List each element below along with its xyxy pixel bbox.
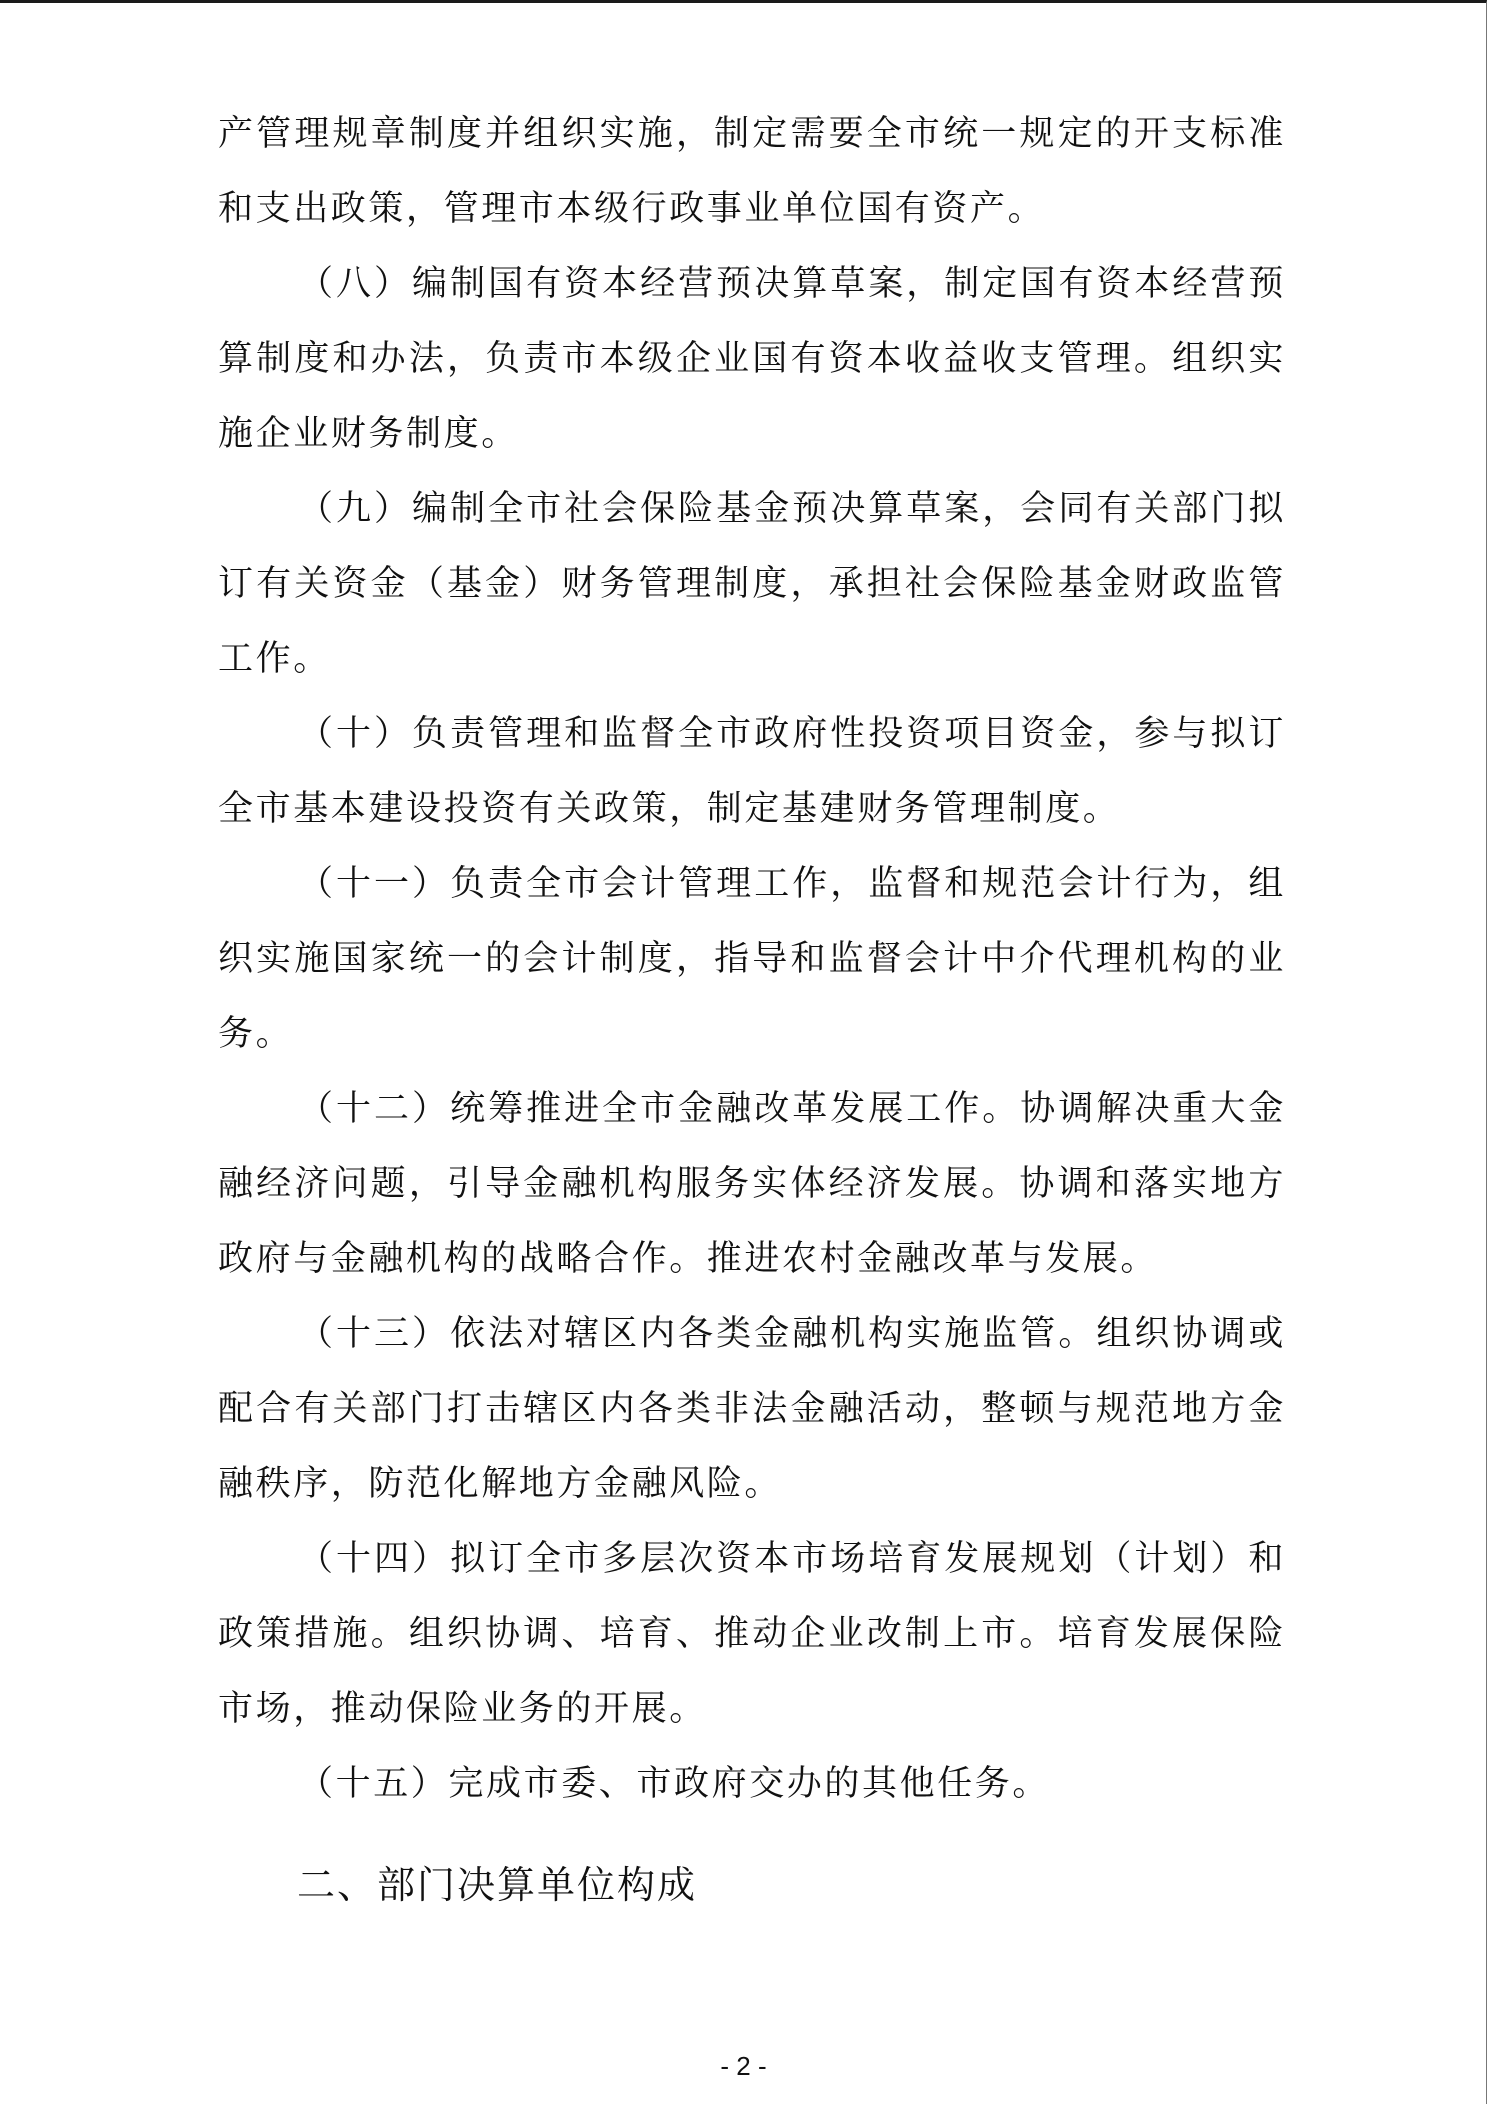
text-line: 织实施国家统一的会计制度，指导和监督会计中介代理机构的业 (218, 922, 1286, 997)
paragraph-item-11: （十一）负责全市会计管理工作，监督和规范会计行为，组 织实施国家统一的会计制度，… (218, 847, 1286, 1072)
paragraph-item-13: （十三）依法对辖区内各类金融机构实施监管。组织协调或 配合有关部门打击辖区内各类… (218, 1297, 1286, 1522)
text-line: 算制度和办法，负责市本级企业国有资本收益收支管理。组织实 (218, 322, 1286, 397)
text-line: 施企业财务制度。 (218, 397, 1286, 472)
text-line: （十三）依法对辖区内各类金融机构实施监管。组织协调或 (218, 1297, 1286, 1372)
text-line: （十四）拟订全市多层次资本市场培育发展规划（计划）和 (218, 1522, 1286, 1597)
section-heading: 二、部门决算单位构成 (297, 1860, 697, 1910)
paragraph-continuation-7: 产管理规章制度并组织实施，制定需要全市统一规定的开支标准 和支出政策，管理市本级… (218, 97, 1286, 247)
text-line: 政策措施。组织协调、培育、推动企业改制上市。培育发展保险 (218, 1597, 1286, 1672)
body-text: 产管理规章制度并组织实施，制定需要全市统一规定的开支标准 和支出政策，管理市本级… (218, 97, 1286, 1822)
text-line: 订有关资金（基金）财务管理制度，承担社会保险基金财政监管 (218, 547, 1286, 622)
text-line: （十五）完成市委、市政府交办的其他任务。 (218, 1747, 1286, 1822)
text-line: （十二）统筹推进全市金融改革发展工作。协调解决重大金 (218, 1072, 1286, 1147)
text-line: （八）编制国有资本经营预决算草案，制定国有资本经营预 (218, 247, 1286, 322)
paragraph-item-12: （十二）统筹推进全市金融改革发展工作。协调解决重大金 融经济问题，引导金融机构服… (218, 1072, 1286, 1297)
text-line: 政府与金融机构的战略合作。推进农村金融改革与发展。 (218, 1222, 1286, 1297)
paragraph-item-15: （十五）完成市委、市政府交办的其他任务。 (218, 1747, 1286, 1822)
text-line: 配合有关部门打击辖区内各类非法金融活动，整顿与规范地方金 (218, 1372, 1286, 1447)
paragraph-item-9: （九）编制全市社会保险基金预决算草案，会同有关部门拟 订有关资金（基金）财务管理… (218, 472, 1286, 697)
document-page: 产管理规章制度并组织实施，制定需要全市统一规定的开支标准 和支出政策，管理市本级… (0, 0, 1487, 2104)
text-line: （九）编制全市社会保险基金预决算草案，会同有关部门拟 (218, 472, 1286, 547)
text-line: 和支出政策，管理市本级行政事业单位国有资产。 (218, 172, 1286, 247)
text-line: 务。 (218, 997, 1286, 1072)
paragraph-item-8: （八）编制国有资本经营预决算草案，制定国有资本经营预 算制度和办法，负责市本级企… (218, 247, 1286, 472)
text-line: 全市基本建设投资有关政策，制定基建财务管理制度。 (218, 772, 1286, 847)
text-line: （十一）负责全市会计管理工作，监督和规范会计行为，组 (218, 847, 1286, 922)
paragraph-item-10: （十）负责管理和监督全市政府性投资项目资金，参与拟订 全市基本建设投资有关政策，… (218, 697, 1286, 847)
paragraph-item-14: （十四）拟订全市多层次资本市场培育发展规划（计划）和 政策措施。组织协调、培育、… (218, 1522, 1286, 1747)
text-line: 融经济问题，引导金融机构服务实体经济发展。协调和落实地方 (218, 1147, 1286, 1222)
text-line: 市场，推动保险业务的开展。 (218, 1672, 1286, 1747)
text-line: （十）负责管理和监督全市政府性投资项目资金，参与拟订 (218, 697, 1286, 772)
page-number: - 2 - (0, 2049, 1487, 2083)
text-line: 产管理规章制度并组织实施，制定需要全市统一规定的开支标准 (218, 97, 1286, 172)
text-line: 融秩序，防范化解地方金融风险。 (218, 1447, 1286, 1522)
text-line: 工作。 (218, 622, 1286, 697)
